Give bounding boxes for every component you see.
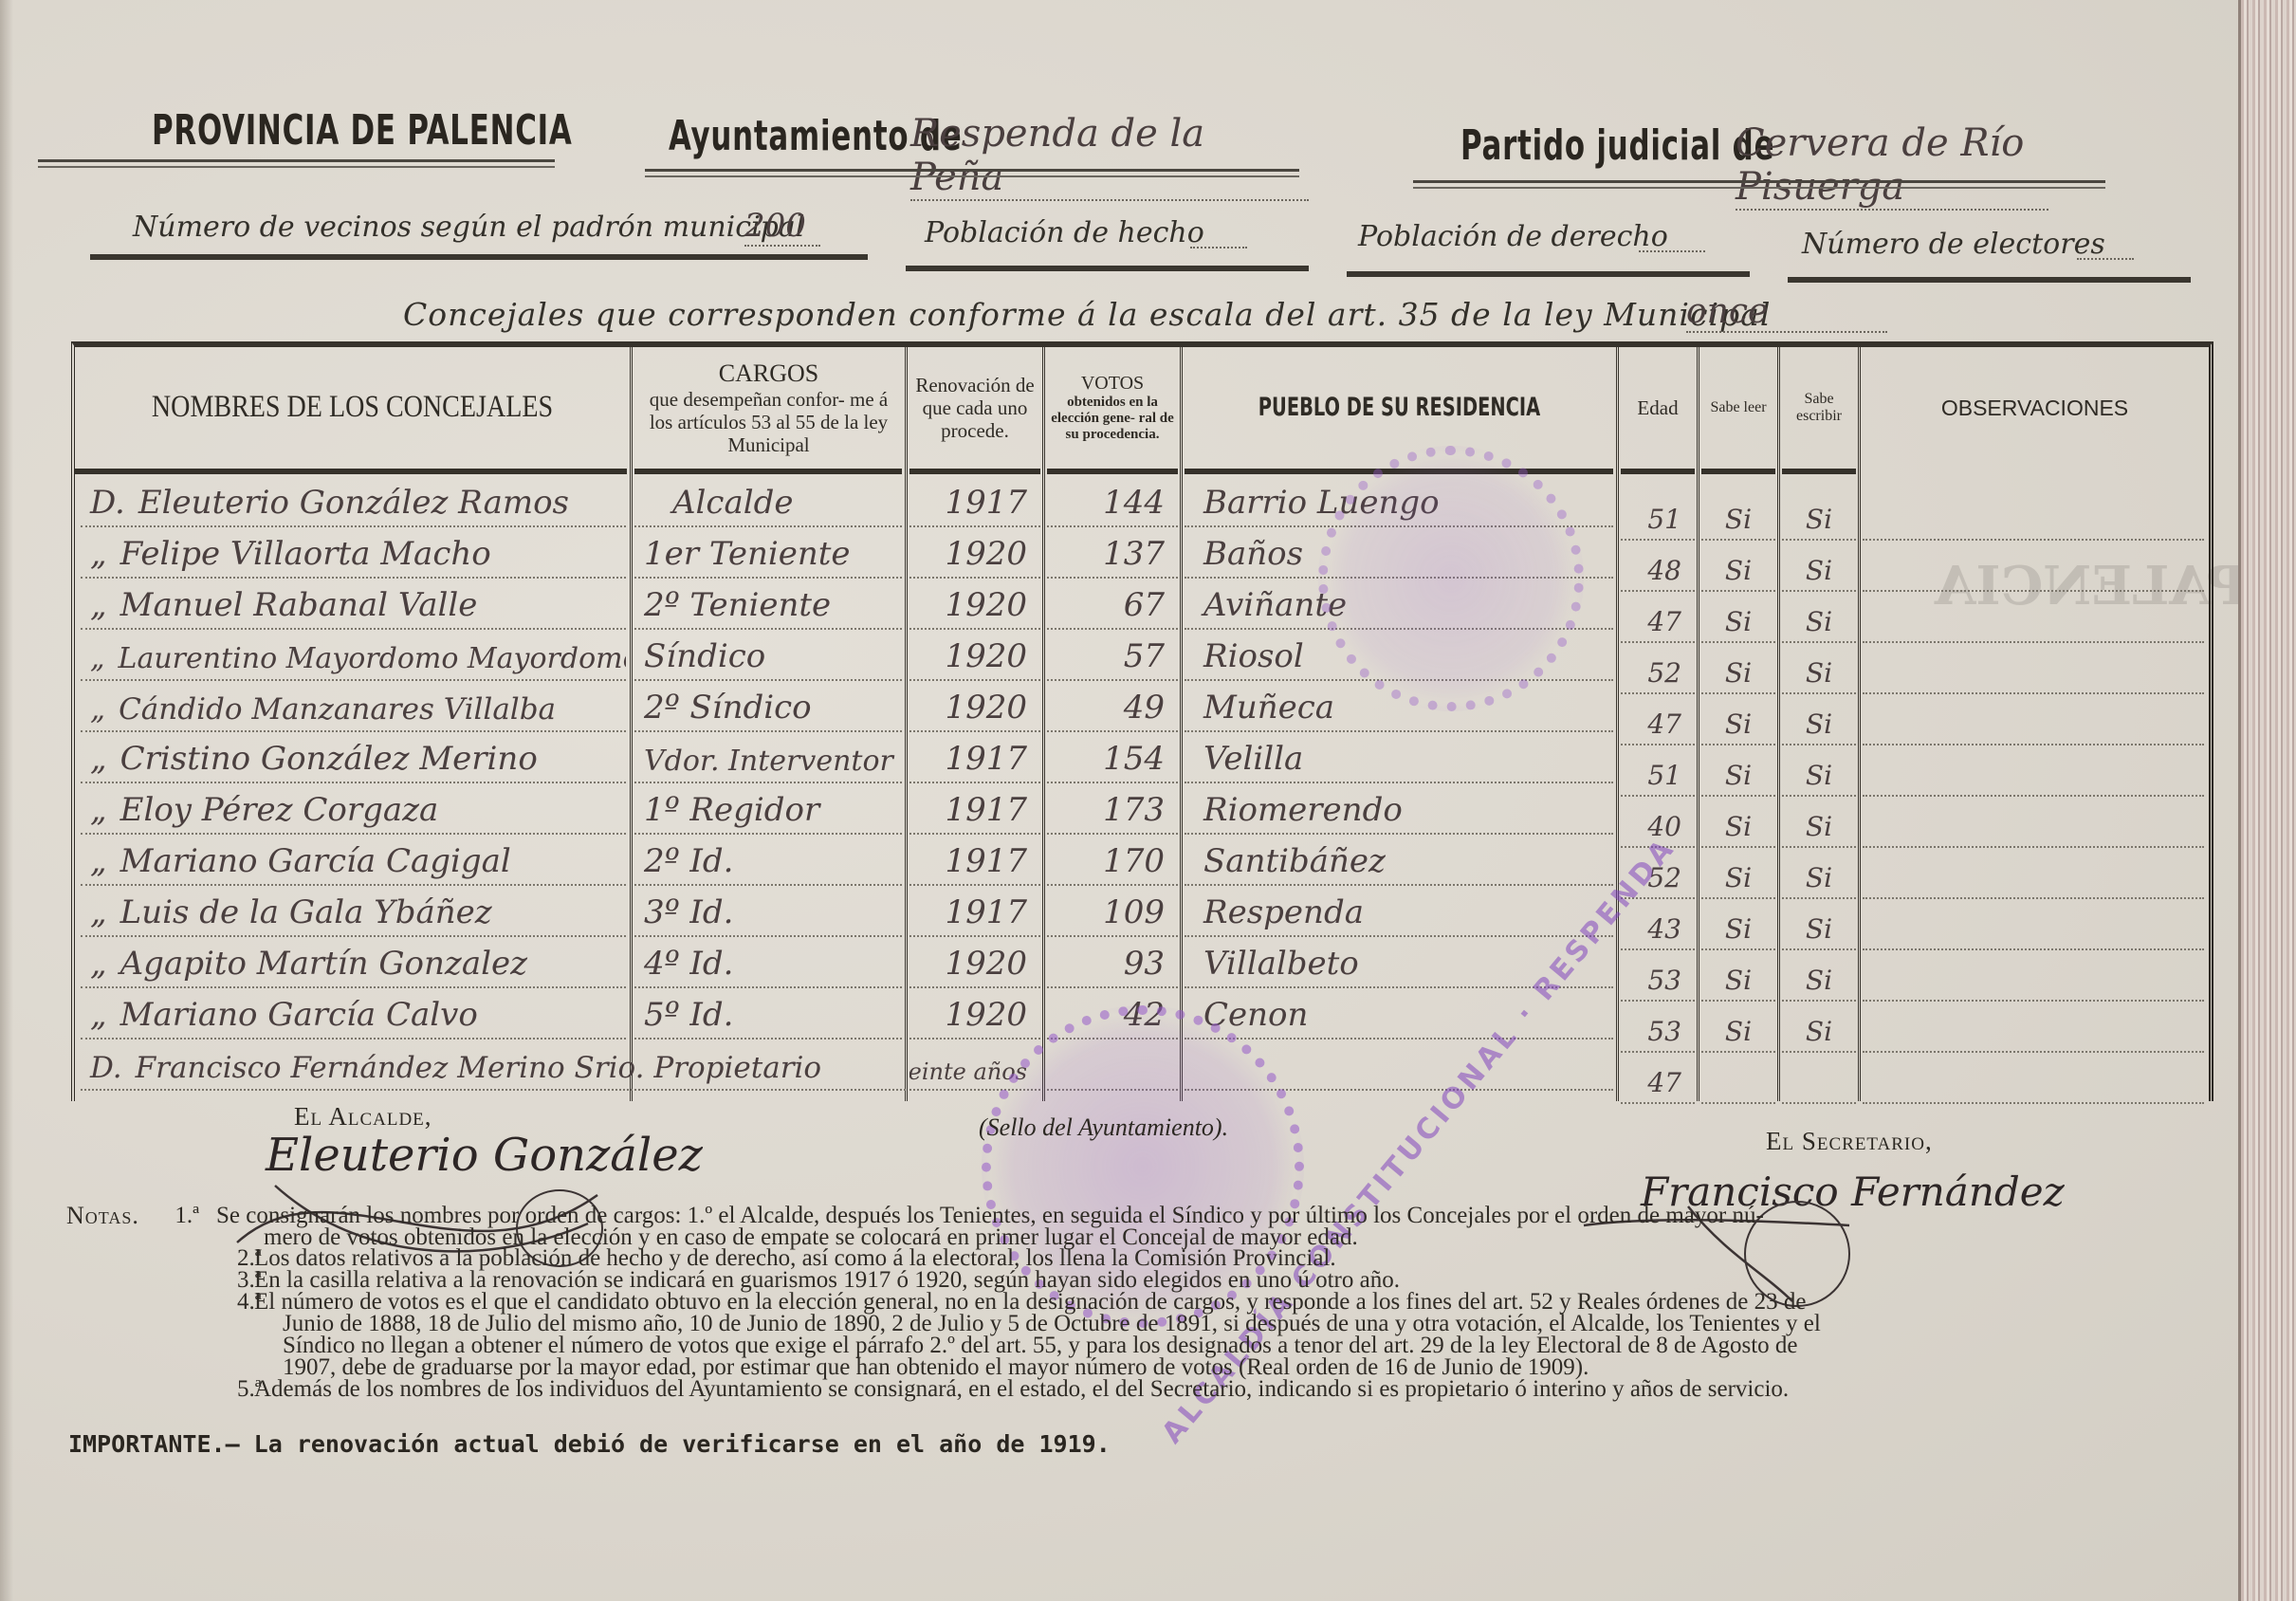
- header-observaciones: OBSERVACIONES: [1861, 347, 2209, 469]
- cell-edad: 47: [1621, 1055, 1695, 1104]
- cell-pueblo: Respenda: [1185, 888, 1613, 937]
- cell-cargo: 2º Síndico: [634, 683, 902, 732]
- ayuntamiento-value: Respenda de la Peña: [910, 112, 1309, 201]
- provincia-title: PROVINCIA DE PALENCIA: [152, 106, 573, 155]
- cell-pueblo: Santibáñez: [1185, 837, 1613, 886]
- cell-cargo: Alcalde: [634, 478, 902, 527]
- ayuntamiento-rule: [645, 169, 1299, 177]
- cell-nombre: „Mariano García Calvo: [81, 990, 626, 1040]
- electores-field: [2077, 239, 2134, 260]
- cell-cargo: 2º Teniente: [634, 580, 902, 630]
- cell-votos: 137: [1047, 529, 1178, 579]
- cell-cargo: 1er Teniente: [634, 529, 902, 579]
- book-page-edge: [2238, 0, 2296, 1601]
- cell-renovacion: 1920: [909, 580, 1040, 630]
- provincia-rule: [38, 159, 555, 168]
- cell-cargo: 5º Id.: [634, 990, 902, 1040]
- cell-votos: 109: [1047, 888, 1178, 937]
- cell-cargo: 1º Regidor: [634, 785, 902, 835]
- header-rule: [75, 469, 627, 474]
- electores-label: Número de electores: [1802, 228, 2105, 261]
- cell-renovacion: 1917: [909, 888, 1040, 937]
- cell-nombre: „Agapito Martín Gonzalez: [81, 939, 626, 988]
- cell-renovacion: 1920: [909, 632, 1040, 681]
- note-3: 3.ªEn la casilla relativa a la renovació…: [237, 1269, 1400, 1291]
- note-4-cont: Junio de 1888, 18 de Julio del mismo año…: [283, 1313, 1821, 1334]
- table-row: „Agapito Martín Gonzalez 4º Id. 1920 93 …: [75, 939, 2209, 988]
- header-rule: [634, 469, 902, 474]
- note-4: 4.ªEl número de votos es el que el candi…: [237, 1291, 1807, 1313]
- cell-renovacion: 1917: [909, 478, 1040, 527]
- cell-cargo: 2º Id.: [634, 837, 902, 886]
- cell-nombre: „Felipe Villaorta Macho: [81, 529, 626, 579]
- concejales-value: once: [1686, 292, 1887, 333]
- cell-votos: 173: [1047, 785, 1178, 835]
- header-rule: [1701, 469, 1775, 474]
- municipal-stamp-icon: [1318, 446, 1584, 711]
- concejales-label: Concejales que corresponden conforme á l…: [403, 296, 1771, 333]
- cell-nombre: „Cristino González Merino: [81, 734, 626, 783]
- cell-votos: 57: [1047, 632, 1178, 681]
- cell-cargo: 3º Id.: [634, 888, 902, 937]
- header-cargos-sub: que desempeñan confor- me á los artículo…: [633, 388, 905, 456]
- partido-value: Cervera de Río Pisuerga: [1736, 121, 2048, 211]
- cell-renovacion: 1917: [909, 785, 1040, 835]
- header-votos-sub: obtenidos en la elección gene- ral de su…: [1045, 395, 1180, 444]
- cell-nombre: D.Eleuterio González Ramos: [81, 478, 626, 527]
- cell-pueblo: Riomerendo: [1185, 785, 1613, 835]
- header-cargos: CARGOS que desempeñan confor- me á los a…: [633, 347, 905, 469]
- sello-label: (Sello del Ayuntamiento).: [979, 1113, 1228, 1142]
- cell-cargo: Síndico: [634, 632, 902, 681]
- table-row: „Luis de la Gala Ybáñez 3º Id. 1917 109 …: [75, 888, 2209, 937]
- table-row: „Mariano García Cagigal 2º Id. 1917 170 …: [75, 837, 2209, 886]
- header-rule: [1047, 469, 1178, 474]
- table-row: „Manuel Rabanal Valle 2º Teniente 1920 6…: [75, 580, 2209, 630]
- header-rule: [909, 469, 1040, 474]
- note-1: 1.ªSe consignarán los nombres por orden …: [152, 1205, 1764, 1226]
- header-sabe-leer: Sabe leer: [1699, 347, 1777, 469]
- note-4-cont: Síndico no llegan a obtener el número de…: [283, 1334, 1798, 1356]
- poblacion-derecho-rule: [1347, 271, 1750, 277]
- cell-nombre: „Cándido Manzanares Villalba: [81, 683, 626, 732]
- cell-observaciones: [1863, 1055, 2204, 1104]
- cell-nombre: „Mariano García Cagigal: [81, 837, 626, 886]
- cell-nombre: D.Francisco Fernández Merino Srio. Propi…: [81, 1041, 906, 1091]
- cell-nombre: „Eloy Pérez Corgaza: [81, 785, 626, 835]
- poblacion-hecho-rule: [906, 266, 1309, 271]
- cell-renovacion: 1920: [909, 529, 1040, 579]
- cell-leer: [1701, 1055, 1775, 1104]
- vecinos-value: 200: [744, 207, 820, 247]
- table-row: „Cándido Manzanares Villalba 2º Síndico …: [75, 683, 2209, 732]
- concejales-table: NOMBRES DE LOS CONCEJALES CARGOS que des…: [71, 341, 2213, 1101]
- header-votos-title: VOTOS: [1081, 373, 1144, 395]
- vecinos-label: Número de vecinos según el padrón munici…: [133, 211, 804, 244]
- table-row: „Eloy Pérez Corgaza 1º Regidor 1917 173 …: [75, 785, 2209, 835]
- cell-renovacion: 1920: [909, 683, 1040, 732]
- header-nombres: NOMBRES DE LOS CONCEJALES: [117, 347, 588, 469]
- cell-nombre: „Manuel Rabanal Valle: [81, 580, 626, 630]
- note-2: 2.ªLos datos relativos a la población de…: [237, 1247, 1336, 1269]
- cell-nombre: „Laurentino Mayordomo Mayordomo: [81, 632, 626, 681]
- document-page: PALENCIA PROVINCIA DE PALENCIA Ayuntamie…: [0, 0, 2238, 1601]
- header-rule: [1782, 469, 1856, 474]
- poblacion-derecho-field: [1639, 231, 1705, 252]
- note-4-cont: 1907, debe de graduarse por la mayor eda…: [283, 1356, 1589, 1378]
- cell-votos: 154: [1047, 734, 1178, 783]
- cell-votos: 93: [1047, 939, 1178, 988]
- cell-renovacion: 1917: [909, 734, 1040, 783]
- secretario-label: El Secretario,: [1766, 1127, 1933, 1156]
- cell-renovacion: 1920: [909, 990, 1040, 1040]
- partido-label: Partido judicial de: [1460, 121, 1774, 170]
- poblacion-hecho-field: [1190, 228, 1247, 248]
- note-5: 5.ªAdemás de los nombres de los individu…: [237, 1378, 1789, 1400]
- vecinos-rule: [90, 254, 868, 260]
- header-cargos-title: CARGOS: [719, 359, 818, 388]
- cell-renovacion: 1920: [909, 939, 1040, 988]
- cell-cargo: Vdor. Interventor: [634, 734, 902, 783]
- header-rule: [1621, 469, 1695, 474]
- poblacion-hecho-label: Población de hecho: [925, 216, 1204, 249]
- table-row: „Laurentino Mayordomo Mayordomo Síndico …: [75, 632, 2209, 681]
- important-notice: IMPORTANTE.– La renovación actual debió …: [68, 1430, 1111, 1458]
- notes-label: Notas.: [66, 1205, 139, 1226]
- table-row: D.Eleuterio González Ramos Alcalde 1917 …: [75, 478, 2209, 527]
- header-sabe-escribir: Sabe escribir: [1780, 347, 1858, 469]
- cell-votos: 49: [1047, 683, 1178, 732]
- cell-pueblo: Velilla: [1185, 734, 1613, 783]
- cell-votos: 67: [1047, 580, 1178, 630]
- cell-nombre: „Luis de la Gala Ybáñez: [81, 888, 626, 937]
- partido-rule: [1413, 180, 2105, 189]
- page-shadow: [0, 0, 13, 1601]
- table-row: „Felipe Villaorta Macho 1er Teniente 192…: [75, 529, 2209, 579]
- table-row: „Cristino González Merino Vdor. Interven…: [75, 734, 2209, 783]
- cell-votos: 144: [1047, 478, 1178, 527]
- header-votos: VOTOS obtenidos en la elección gene- ral…: [1045, 347, 1180, 469]
- electores-rule: [1788, 277, 2191, 283]
- header-edad: Edad: [1619, 347, 1697, 469]
- cell-cargo: 4º Id.: [634, 939, 902, 988]
- header-pueblo: PUEBLO DE SU RESIDENCIA: [1226, 347, 1573, 469]
- cell-votos: 170: [1047, 837, 1178, 886]
- alcalde-label: El Alcalde,: [294, 1102, 432, 1132]
- poblacion-derecho-label: Población de derecho: [1358, 220, 1668, 253]
- cell-escribir: [1782, 1055, 1856, 1104]
- header-renovacion: Renovación de que cada uno procede.: [908, 347, 1042, 469]
- cell-renovacion: 1917: [909, 837, 1040, 886]
